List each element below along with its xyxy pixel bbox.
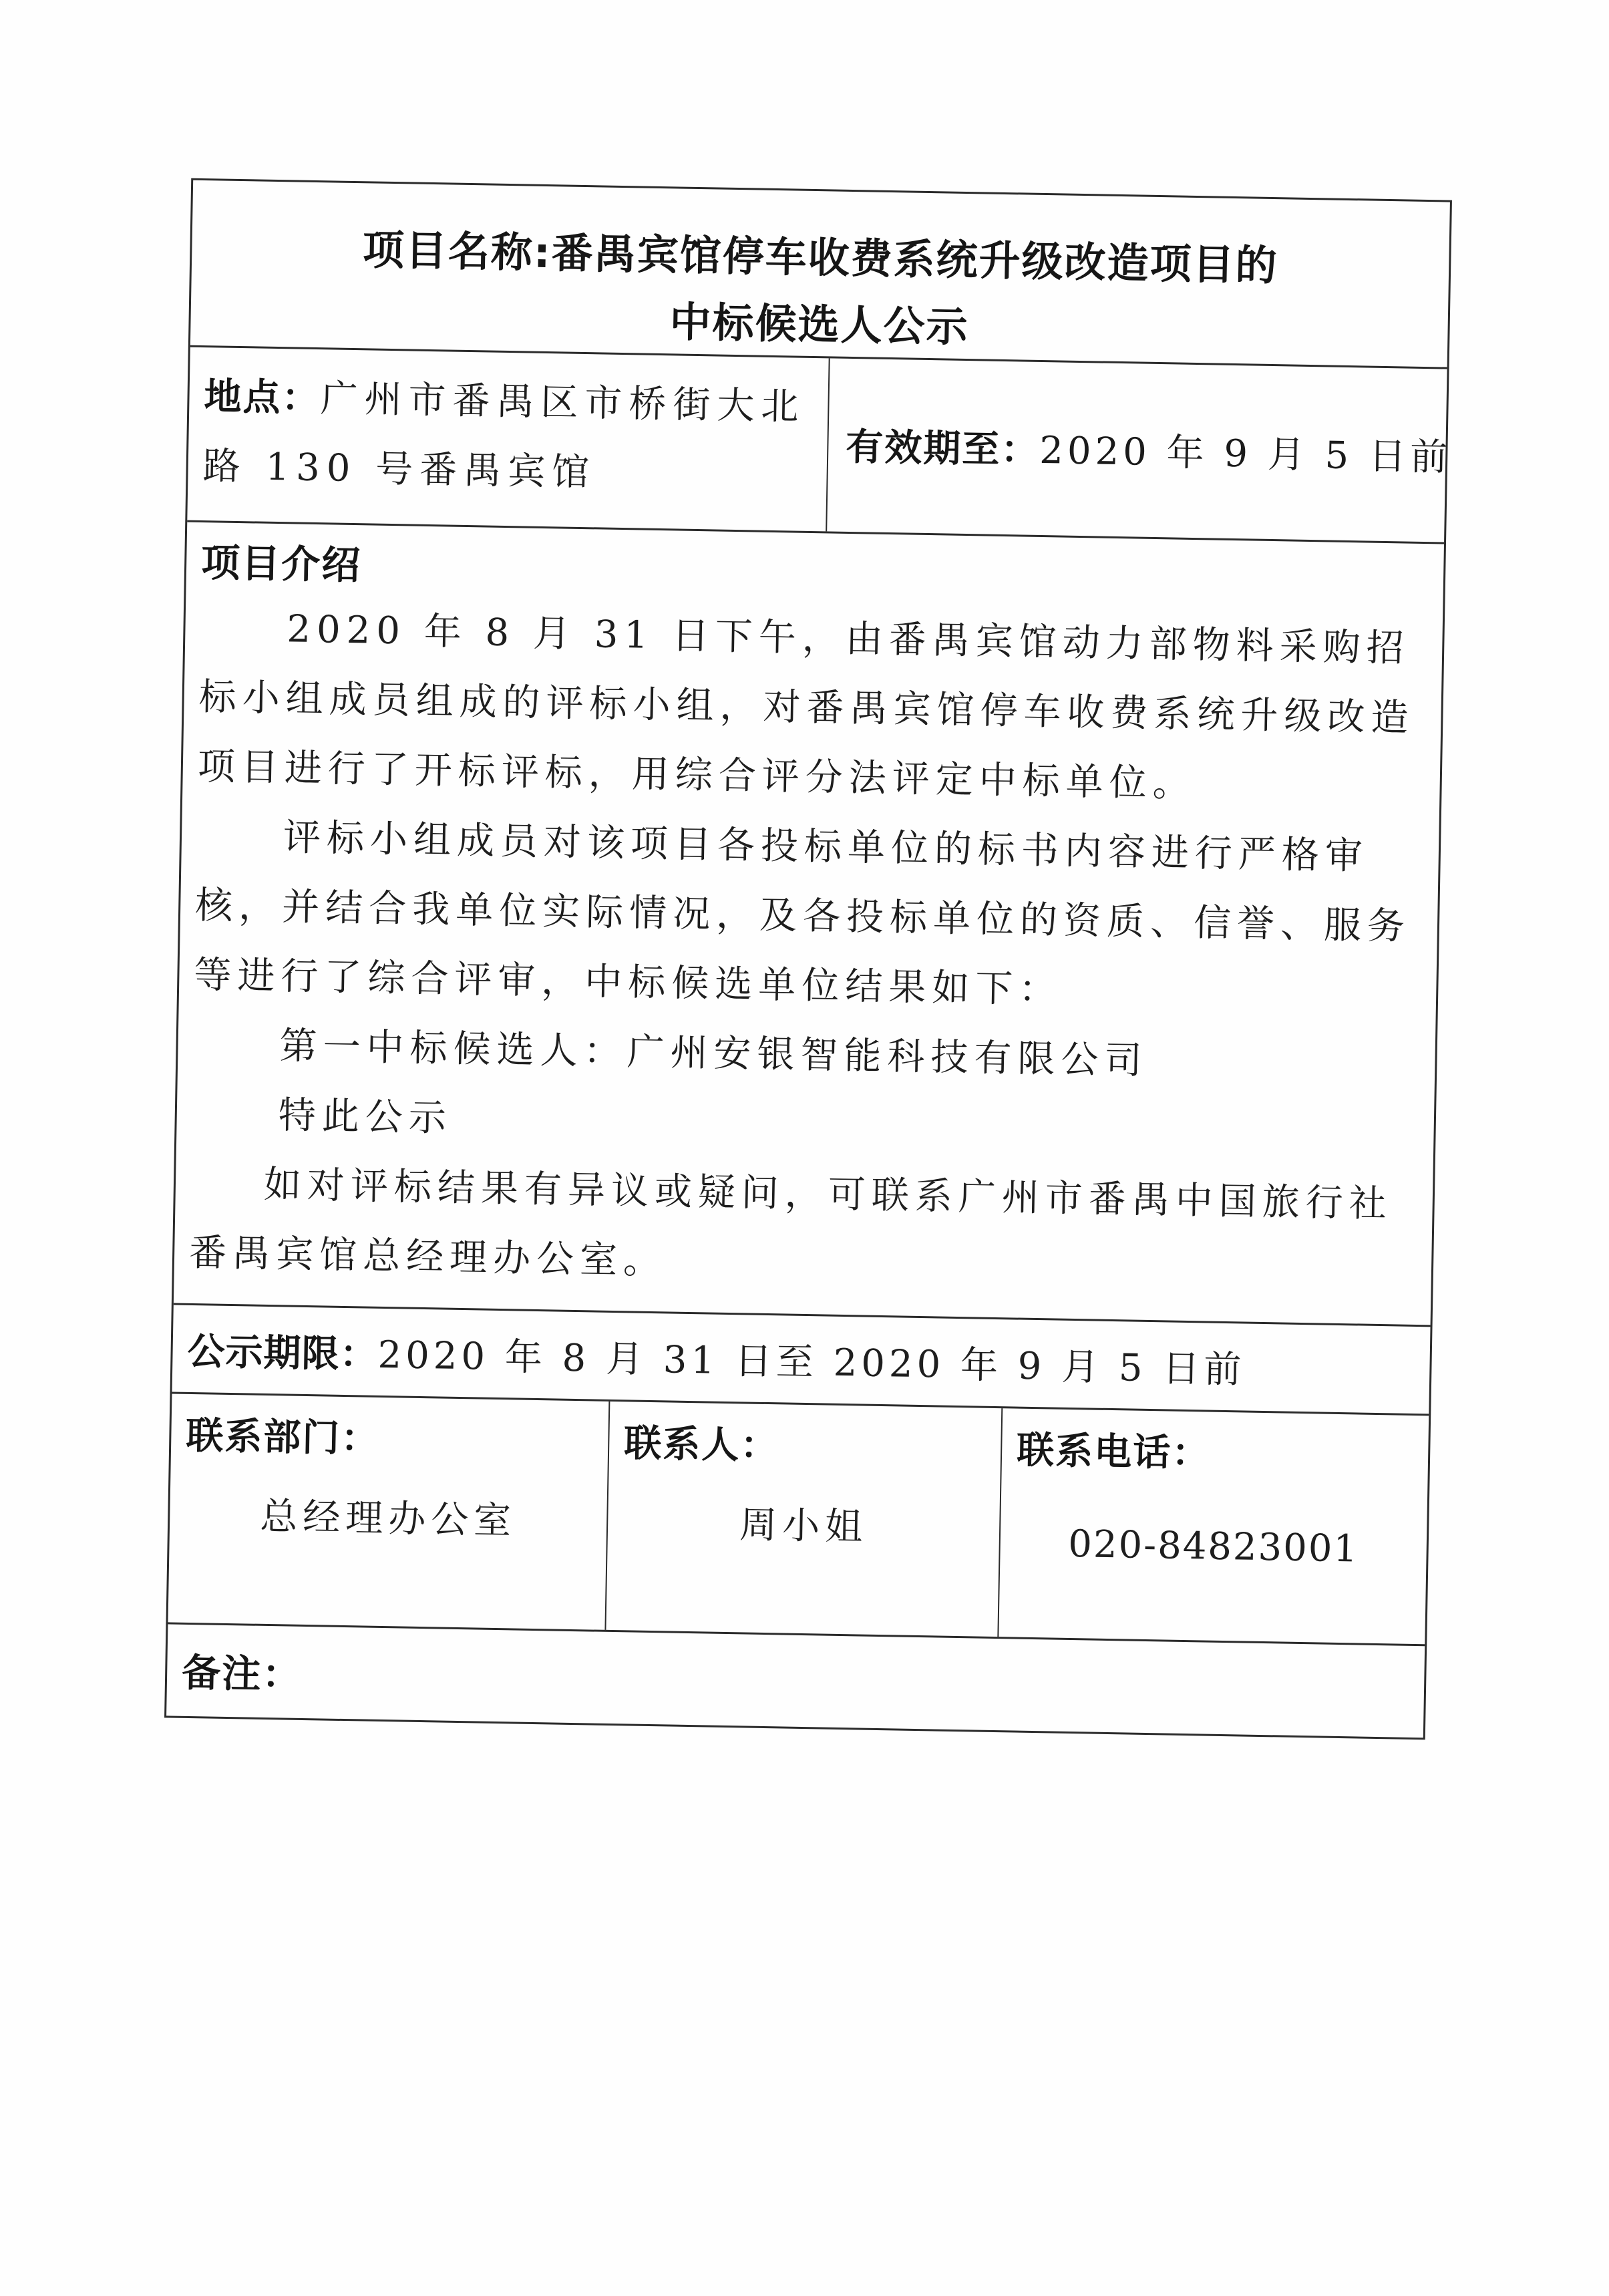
contact-person-label: 联系人：: [624, 1414, 779, 1470]
contact-phone-cell: 联系电话： 020-84823001: [997, 1408, 1429, 1644]
contact-person-cell: 联系人： 周小姐: [604, 1402, 1001, 1637]
contact-department-value: 总经理办公室: [169, 1480, 607, 1557]
scanned-page: 项目名称:番禺宾馆停车收费系统升级改造项目的 中标候选人公示 地点：广州市番禺区…: [0, 0, 1609, 2296]
contact-phone-value: 020-84823001: [1000, 1508, 1427, 1585]
notice-table: 项目名称:番禺宾馆停车收费系统升级改造项目的 中标候选人公示 地点：广州市番禺区…: [164, 178, 1452, 1740]
valid-until-cell: 有效期至：2020 年 9 月 5 日前: [826, 358, 1447, 542]
intro-row: 项目介绍 2020 年 8 月 31 日下午，由番禺宾馆动力部物料采购招标小组成…: [174, 522, 1444, 1327]
publicity-period-value: 2020 年 8 月 31 日至 2020 年 9 月 5 日前: [377, 1333, 1246, 1392]
valid-until-label: 有效期至：: [846, 426, 1040, 472]
contact-person-value: 周小姐: [607, 1488, 1000, 1565]
intro-paragraph-1: 2020 年 8 月 31 日下午，由番禺宾馆动力部物料采购招标小组成员组成的评…: [197, 593, 1423, 823]
title-row: 项目名称:番禺宾馆停车收费系统升级改造项目的 中标候选人公示: [190, 180, 1450, 369]
project-title-line-2: 中标候选人公示: [190, 281, 1448, 362]
intro-cell: 项目介绍 2020 年 8 月 31 日下午，由番禺宾馆动力部物料采购招标小组成…: [174, 522, 1444, 1325]
objection-contact-note: 如对评标结果有异议或疑问，可联系广州市番禺中国旅行社番禺宾馆总经理办公室。: [188, 1149, 1413, 1309]
intro-paragraph-2: 评标小组成员对该项目各投标单位的标书内容进行严格审核，并结合我单位实际情况，及各…: [194, 802, 1419, 1031]
contact-department-cell: 联系部门： 总经理办公室: [168, 1393, 609, 1629]
remarks-label: 备注：: [182, 1650, 303, 1697]
project-title-line-1: 项目名称:番禺宾馆停车收费系统升级改造项目的: [192, 214, 1449, 295]
location-row: 地点：广州市番禺区市桥街大北路 130 号番禺宾馆 有效期至：2020 年 9 …: [187, 347, 1447, 544]
contact-row: 联系部门： 总经理办公室 联系人： 周小姐 联系电话： 020-84823001: [168, 1393, 1429, 1646]
publicity-period-label: 公示期限：: [187, 1330, 378, 1377]
location-cell: 地点：广州市番禺区市桥街大北路 130 号番禺宾馆: [187, 347, 828, 532]
valid-until-value: 2020 年 9 月 5 日前: [1039, 429, 1452, 480]
contact-department-label: 联系部门：: [186, 1406, 380, 1463]
contact-phone-label: 联系电话：: [1017, 1421, 1211, 1478]
location-label: 地点：: [204, 375, 321, 420]
